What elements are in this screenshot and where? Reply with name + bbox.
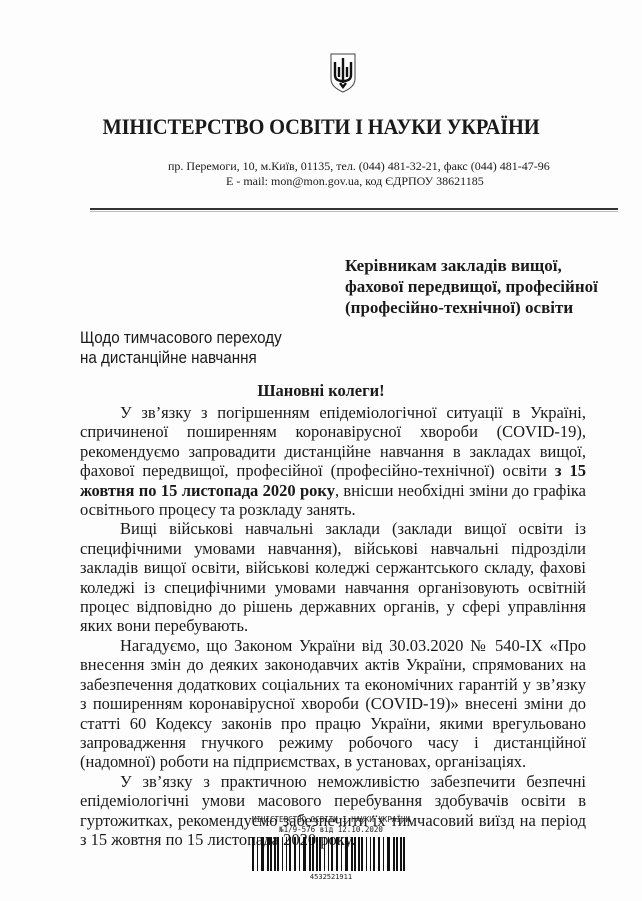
barcode: [252, 837, 410, 871]
recipient-line: Керівникам закладів вищої,: [345, 255, 598, 276]
paragraph-2: Вищі військові навчальні заклади (заклад…: [80, 519, 586, 635]
recipient-line: фахової передвищої, професійної: [345, 276, 598, 297]
address-line: пр. Перемоги, 10, м.Київ, 01135, тел. (0…: [168, 159, 550, 174]
barcode-number: 4532521911: [246, 873, 416, 881]
paragraph-1: У зв’язку з погіршенням епідеміологічної…: [80, 403, 586, 519]
paragraph-text: У зв’язку з погіршенням епідеміологічної…: [80, 403, 586, 480]
contact-line: E - mail: mon@mon.gov.ua, код ЄДРПОУ 386…: [226, 174, 484, 189]
letterhead-divider: [90, 208, 618, 210]
letterhead-divider-thin: [90, 211, 618, 212]
paragraph-3: Нагадуємо, що Законом України від 30.03.…: [80, 636, 586, 772]
subject-line: Щодо тимчасового переходу: [80, 328, 282, 348]
trident-emblem-icon: [329, 53, 357, 93]
registration-stamp: МІНІСТЕРСТВО ОСВІТИ І НАУКИ УКРАЇНИ №1/9…: [246, 815, 416, 835]
subject-line: на дистанційне навчання: [80, 348, 282, 368]
subject-block: Щодо тимчасового переходу на дистанційне…: [80, 328, 282, 368]
recipient-line: (професійно-технічної) освіти: [345, 297, 598, 318]
greeting: Шановні колеги!: [0, 381, 642, 401]
recipient-block: Керівникам закладів вищої, фахової перед…: [345, 255, 598, 318]
ministry-name: МІНІСТЕРСТВО ОСВІТИ І НАУКИ УКРАЇНИ: [22, 114, 619, 140]
stamp-org: МІНІСТЕРСТВО ОСВІТИ І НАУКИ УКРАЇНИ: [246, 815, 416, 825]
stamp-number-date: №1/9-576 від 12.10.2020: [246, 825, 416, 835]
letter-page: МІНІСТЕРСТВО ОСВІТИ І НАУКИ УКРАЇНИ пр. …: [0, 0, 642, 901]
letter-body: У зв’язку з погіршенням епідеміологічної…: [80, 403, 586, 849]
